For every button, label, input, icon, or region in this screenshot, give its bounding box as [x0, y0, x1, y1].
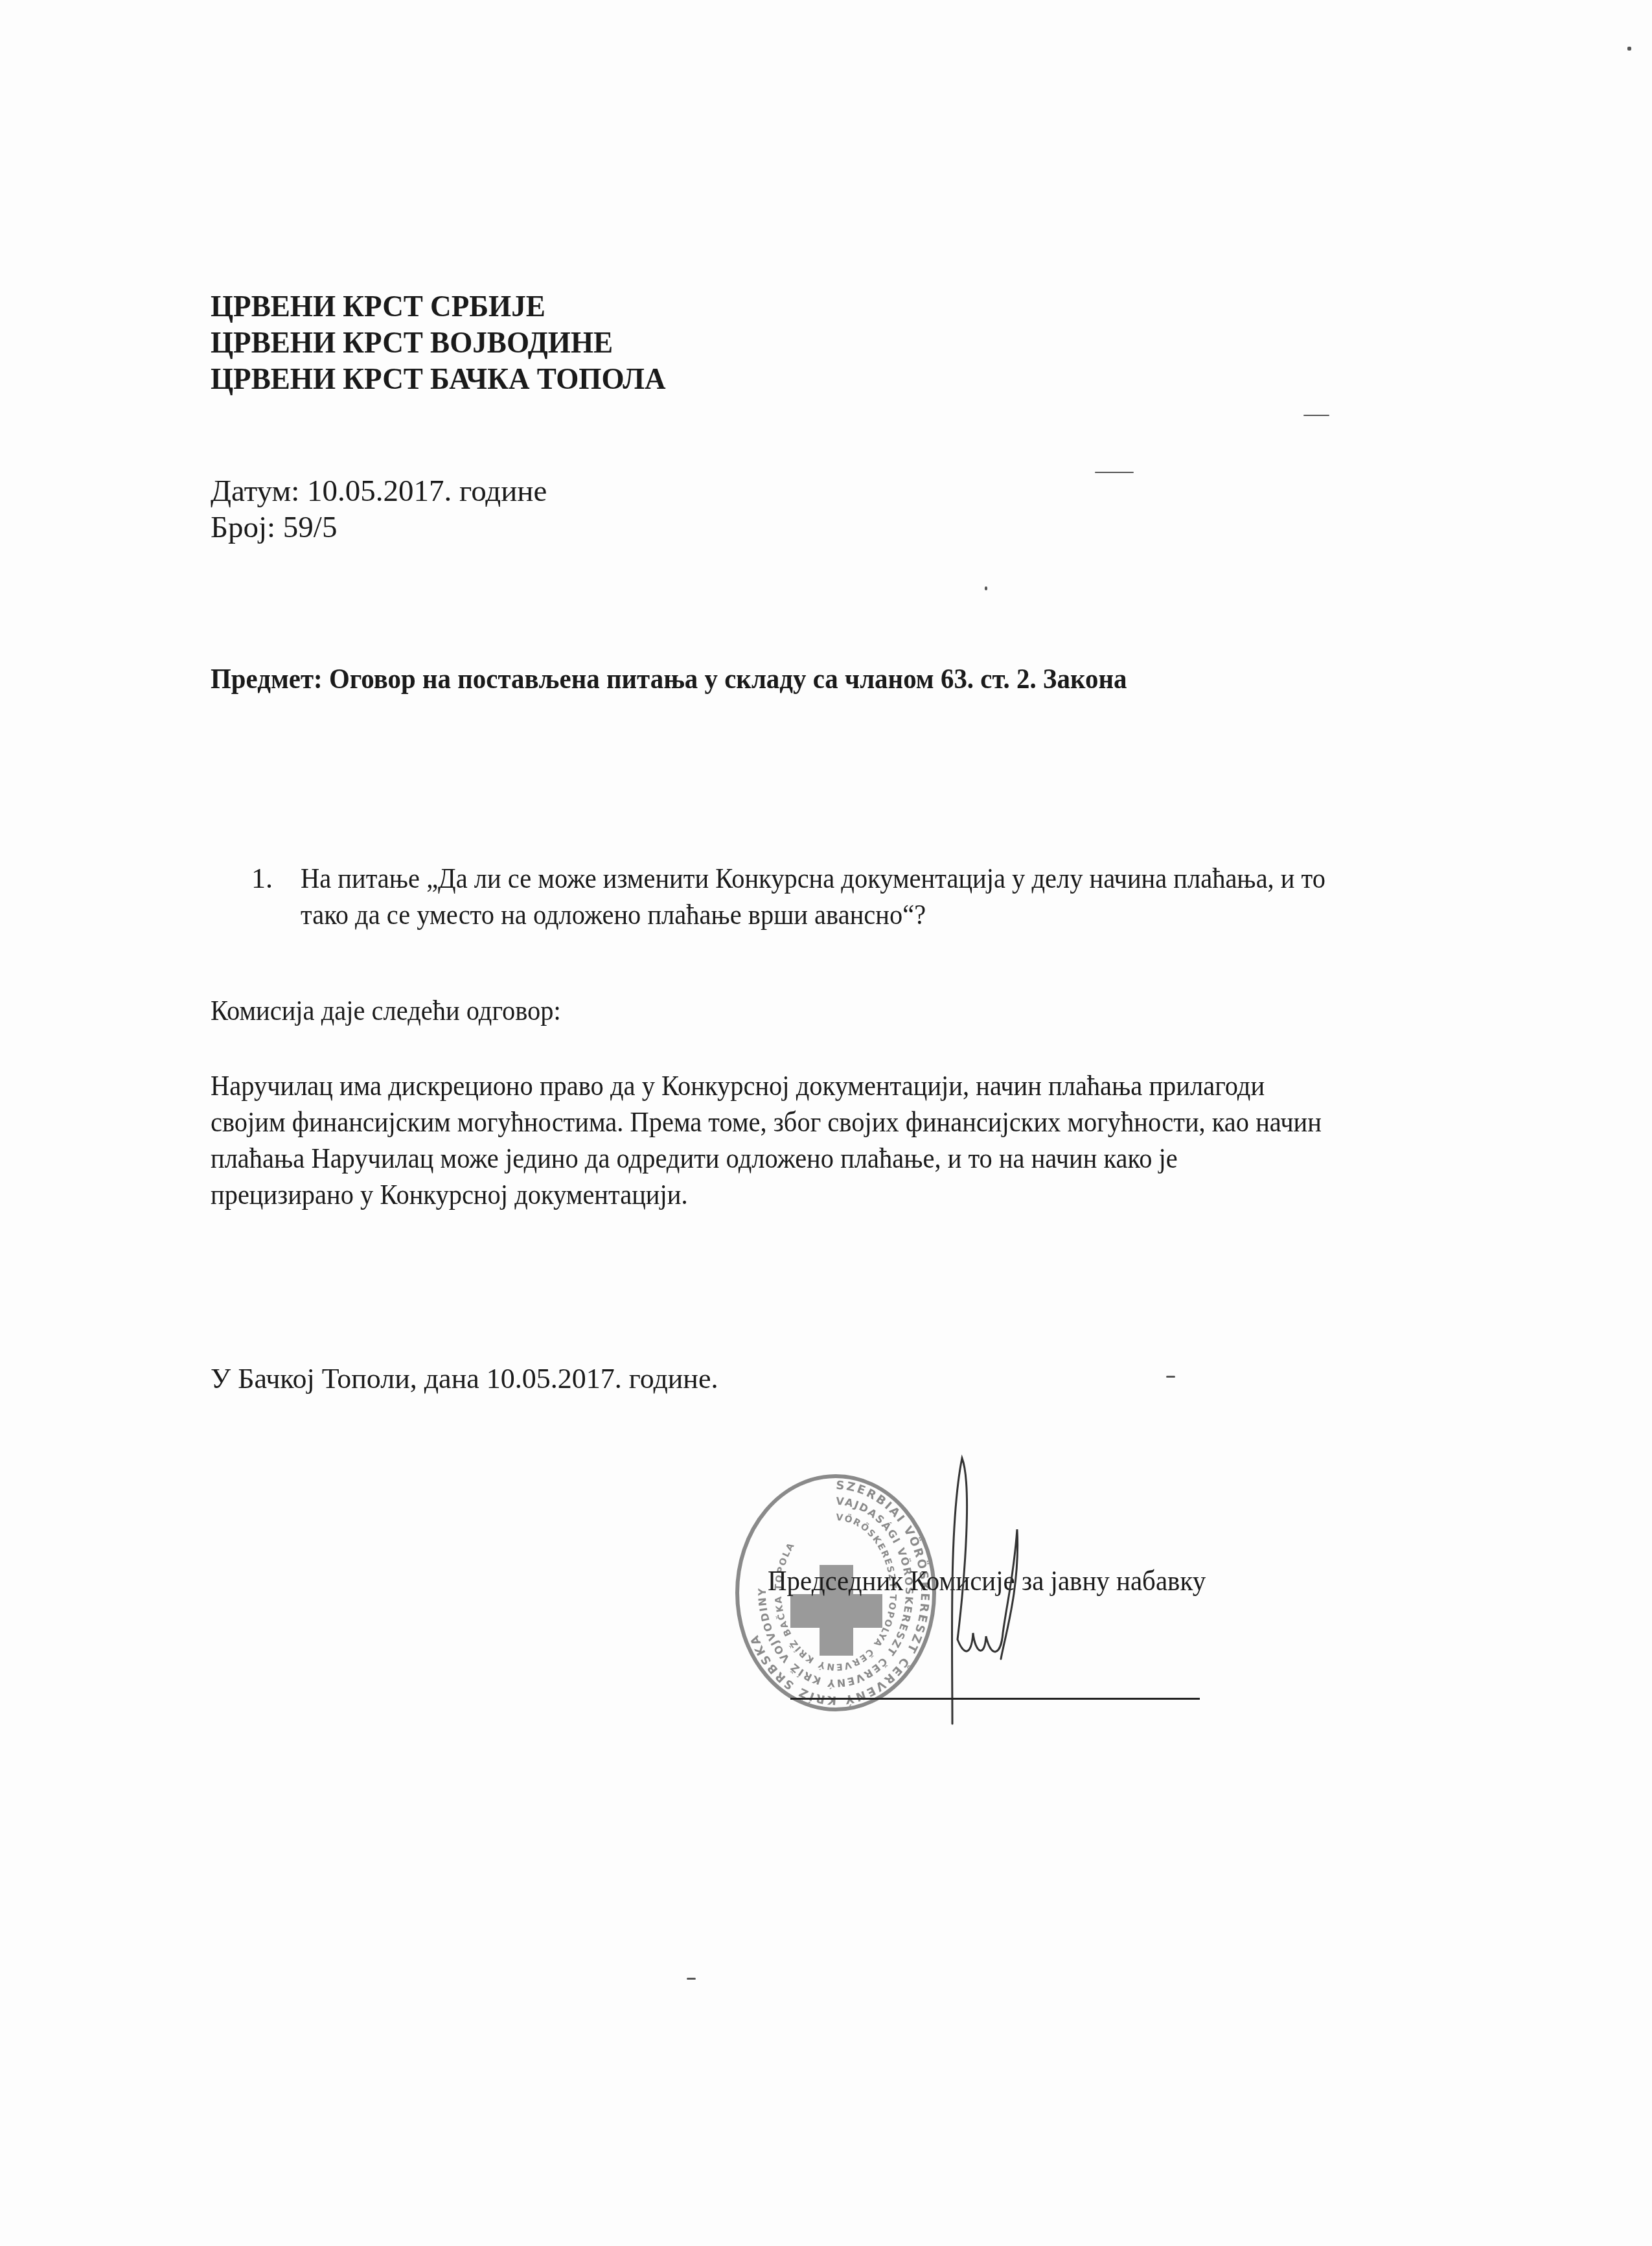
document-page: ЦРВЕНИ КРСТ СРБИЈЕ ЦРВЕНИ КРСТ ВОЈВОДИНЕ…	[0, 0, 1652, 2246]
document-date: Датум: 10.05.2017. године	[211, 473, 547, 509]
question-line: На питање „Да ли се може изменити Конкур…	[301, 861, 1362, 897]
scan-speck	[1627, 47, 1631, 51]
org-line-serbia: ЦРВЕНИ КРСТ СРБИЈЕ	[211, 288, 666, 325]
document-subject: Предмет: Оговор на постављена питања у с…	[211, 661, 1127, 697]
document-meta: Датум: 10.05.2017. године Број: 59/5	[211, 473, 547, 546]
organization-header: ЦРВЕНИ КРСТ СРБИЈЕ ЦРВЕНИ КРСТ ВОЈВОДИНЕ…	[211, 288, 666, 397]
question-number: 1.	[251, 861, 273, 897]
answer-line: прецизирано у Конкурсној документацији.	[211, 1177, 1458, 1213]
org-line-vojvodina: ЦРВЕНИ КРСТ ВОЈВОДИНЕ	[211, 325, 666, 361]
place-and-date: У Бачкој Тополи, дана 10.05.2017. године…	[211, 1361, 718, 1397]
scan-speck	[1166, 1376, 1175, 1378]
org-line-backa-topola: ЦРВЕНИ КРСТ БАЧКА ТОПОЛА	[211, 361, 666, 397]
answer-line: плаћања Наручилац може једино да одредит…	[211, 1140, 1458, 1177]
scan-speck	[687, 1978, 696, 1980]
signature-line	[790, 1698, 1200, 1700]
signature-icon	[926, 1445, 1056, 1730]
answer-paragraph: Наручилац има дискреционо право да у Кон…	[211, 1068, 1458, 1213]
scan-speck	[985, 586, 987, 590]
question-line: тако да се уместо на одложено плаћање вр…	[301, 897, 1362, 933]
answer-line: својим финансијским могућностима. Према …	[211, 1104, 1458, 1140]
document-number: Број: 59/5	[211, 509, 547, 546]
answer-line: Наручилац има дискреционо право да у Кон…	[211, 1068, 1458, 1104]
question-text: На питање „Да ли се може изменити Конкур…	[301, 861, 1362, 933]
scan-speck	[1095, 472, 1134, 473]
commission-intro: Комисија даје следећи одговор:	[211, 993, 561, 1029]
scan-speck	[1303, 415, 1329, 416]
